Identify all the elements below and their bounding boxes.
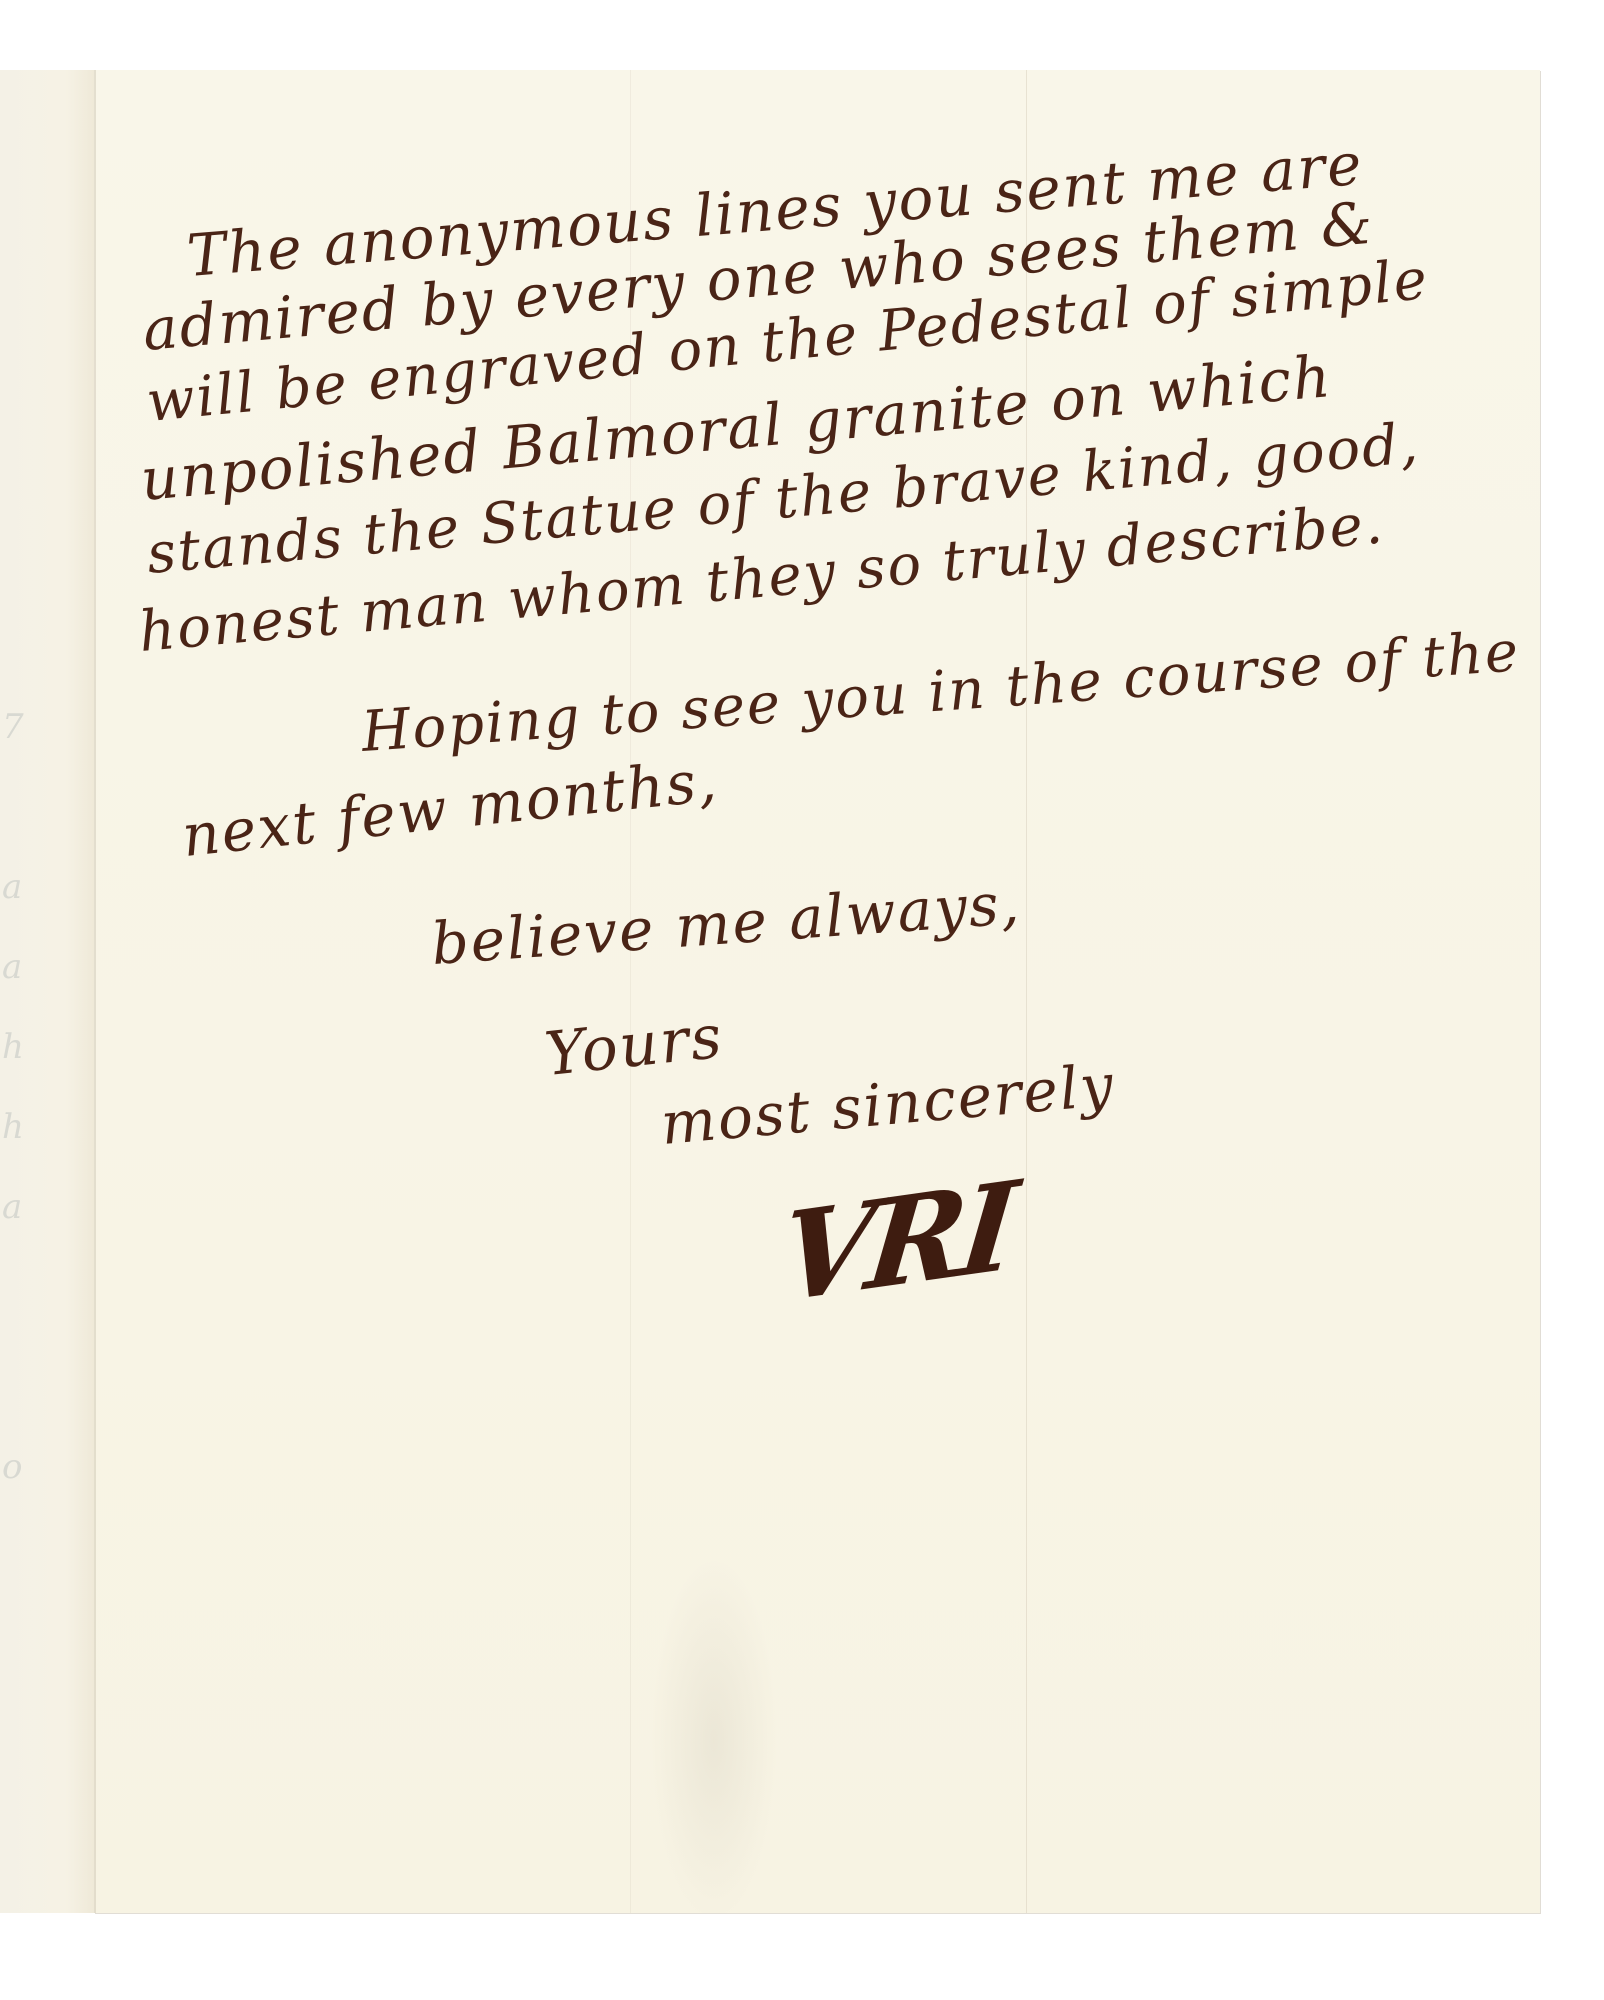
- closing-line-sincerely: most sincerely: [658, 1051, 1117, 1158]
- closing-line-believe: believe me always,: [429, 869, 1023, 978]
- bleed-through-mark: a: [2, 870, 42, 904]
- bleed-through-mark: h: [2, 1030, 42, 1064]
- letter-page: The anonymous lines you sent me are admi…: [94, 70, 1540, 1913]
- closing-line-yours: Yours: [542, 1002, 727, 1090]
- closing-line-hoping: Hoping to see you in the course of the: [359, 619, 1522, 765]
- signature: VRI: [774, 1154, 1018, 1331]
- bleed-through-mark: 7: [2, 710, 42, 744]
- bleed-through-mark: a: [2, 950, 42, 984]
- bleed-through-mark: a: [2, 1190, 42, 1224]
- bleed-through-mark: o: [2, 1450, 42, 1484]
- adjacent-page-edge: 7 a a h h a o: [0, 70, 94, 1913]
- bleed-through-mark: h: [2, 1110, 42, 1144]
- closing-line-months: next few months,: [179, 746, 721, 870]
